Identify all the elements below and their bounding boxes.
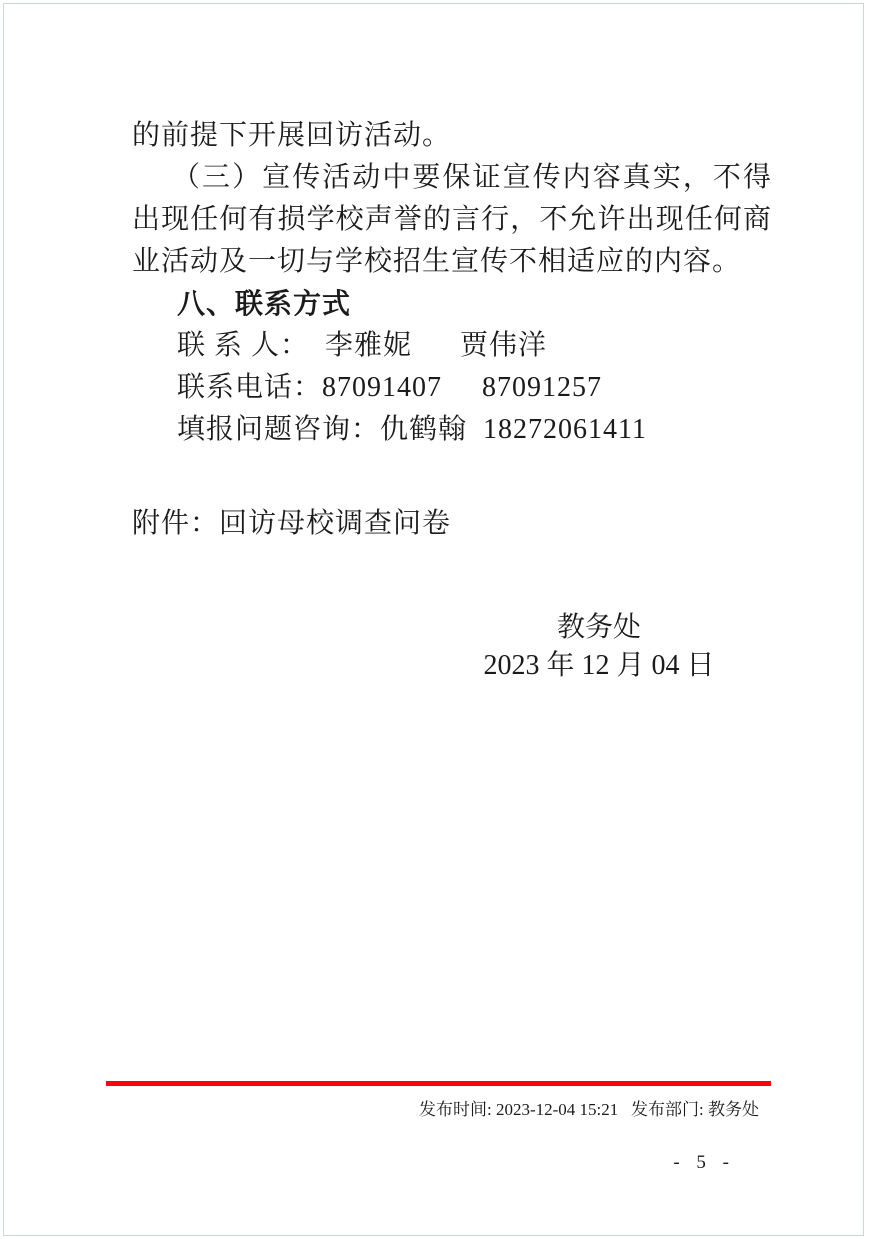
contact-person-line: 联 系 人： 李雅妮 贾伟洋 [132, 325, 772, 367]
publish-info: 发布时间: 2023-12-04 15:21 发布部门: 教务处 [419, 1098, 759, 1122]
signature-date: 2023 年 12 月 04 日 [434, 647, 764, 685]
paragraph-item-three: （三）宣传活动中要保证宣传内容真实，不得出现任何有损学校声誉的言行，不允许出现任… [132, 157, 772, 283]
page-number: - 5 - [673, 1152, 735, 1174]
body-text-block: 的前提下开展回访活动。 （三）宣传活动中要保证宣传内容真实，不得出现任何有损学校… [132, 115, 772, 451]
signature-department: 教务处 [434, 609, 764, 647]
attachment-line: 附件：回访母校调查问卷 [132, 503, 451, 545]
document-page: 的前提下开展回访活动。 （三）宣传活动中要保证宣传内容真实，不得出现任何有损学校… [3, 3, 864, 1236]
red-divider-line [106, 1081, 771, 1086]
contact-consult-line: 填报问题咨询：仇鹤翰 18272061411 [132, 409, 772, 451]
paragraph-closing-line: 的前提下开展回访活动。 [132, 115, 772, 157]
signature-block: 教务处 2023 年 12 月 04 日 [434, 609, 764, 685]
section-heading-contact-info: 八、联系方式 [132, 283, 772, 325]
contact-phone-line: 联系电话：87091407 87091257 [132, 367, 772, 409]
